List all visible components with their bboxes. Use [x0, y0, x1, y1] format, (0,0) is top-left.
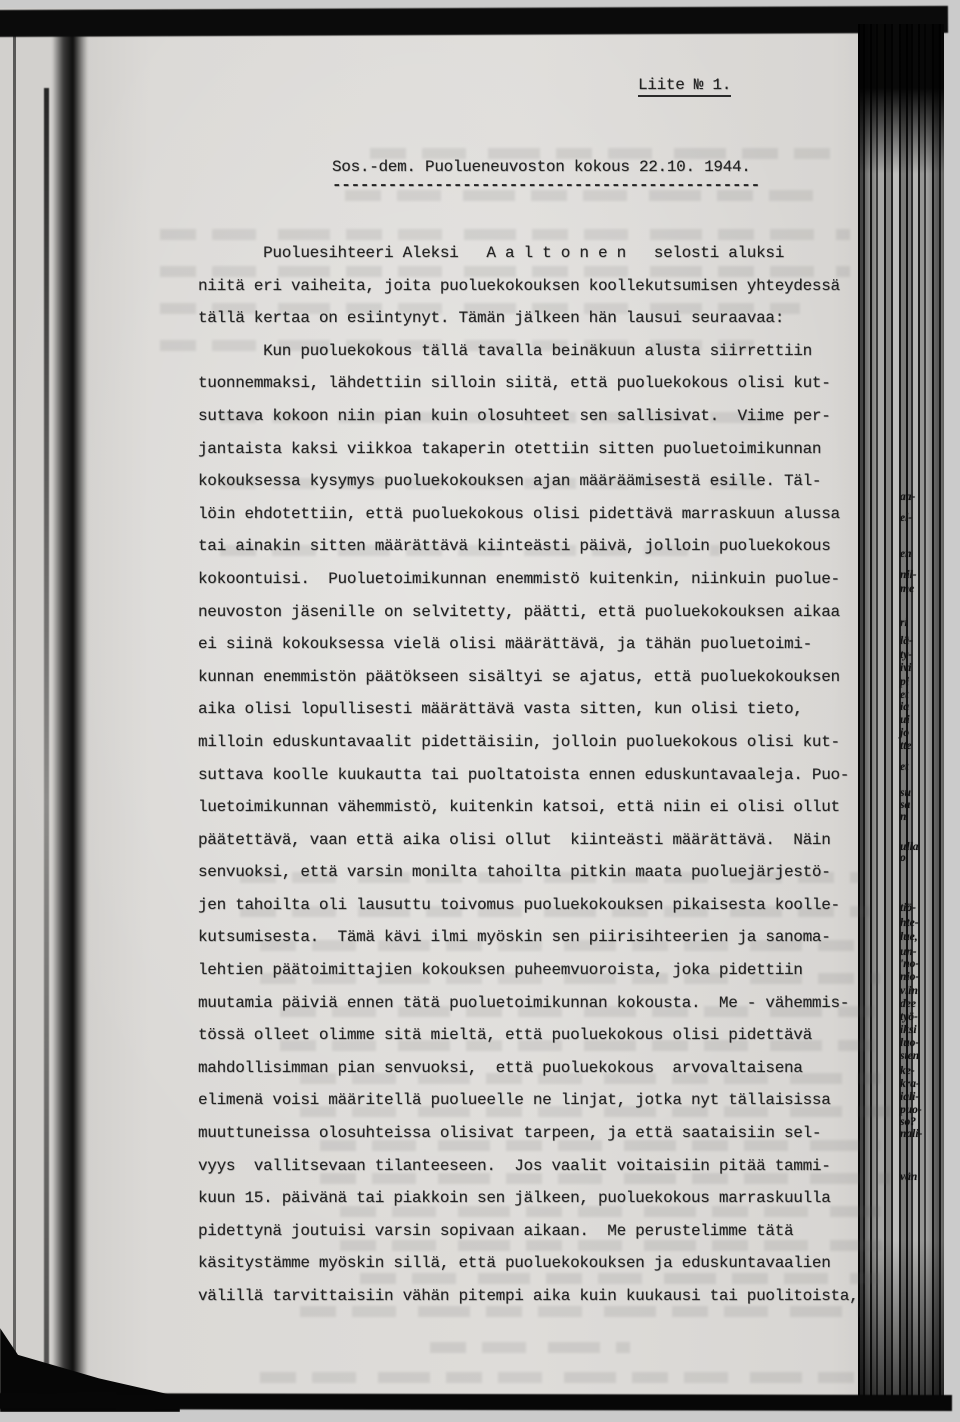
body-line: tössä olleet olimme sitä mieltä, että pu… — [198, 1019, 878, 1052]
edge-fragment: so? — [900, 1117, 916, 1128]
body-line: löin ehdotettiin, että puoluekokous olis… — [198, 498, 878, 531]
edge-fragment: n — [900, 812, 906, 823]
edge-fragment: ui — [900, 715, 910, 726]
scanned-document-page: Liite № 1. Sos.-dem. Puolueneuvoston kok… — [0, 0, 960, 1422]
body-line: Puoluesihteeri Aleksi A a l t o n e n se… — [198, 237, 878, 270]
body-line: aika olisi lopullisesti määrättävä vasta… — [198, 693, 878, 726]
body-line: päätettävä, vaan että aika olisi ollut k… — [198, 824, 878, 857]
edge-fragment: tte — [900, 741, 912, 752]
body-line: kunnan enemmistön päätökseen sisältyi se… — [198, 661, 878, 694]
edge-fragment: su — [900, 788, 911, 799]
body-line: muuttuneissa olosuhteissa olisivat tarpe… — [198, 1117, 878, 1150]
edge-fragment: kra- — [900, 1079, 920, 1090]
body-line: jen tahoilta oli lausuttu toivomus puolu… — [198, 889, 878, 922]
edge-fragment: o. — [900, 853, 909, 864]
body-line: neuvoston jäsenille on selvitetty, päätt… — [198, 596, 878, 629]
edge-fragment: tiö- — [900, 903, 916, 914]
body-text: Puoluesihteeri Aleksi A a l t o n e n se… — [198, 237, 878, 1313]
edge-fragment: sten — [900, 1051, 919, 1062]
body-line: jantaista kaksi viikkoa takaperin otetti… — [198, 433, 878, 466]
edge-fragment: nil- — [900, 570, 917, 581]
edge-fragment: un- — [900, 947, 917, 958]
edge-fragment: jo — [900, 728, 909, 739]
body-line: muutamia päiviä ennen tätä puoluetoimiku… — [198, 987, 878, 1020]
edge-fragment: puo- — [900, 1105, 922, 1116]
edge-fragment: työ- — [900, 1012, 918, 1023]
edge-fragment: me — [900, 584, 914, 595]
edge-fragment: nio- — [900, 972, 919, 983]
body-line: niitä eri vaiheita, joita puoluekokoukse… — [198, 270, 878, 303]
edge-fragment: ty- — [900, 650, 912, 661]
edge-fragment: aa- — [900, 492, 915, 503]
body-line: tuonnemmaksi, lähdettiin silloin siitä, … — [198, 367, 878, 400]
edge-fragment: ri — [900, 618, 908, 629]
body-line: lehtien päätoimittajien kokouksen puheem… — [198, 954, 878, 987]
body-line: vyys vallitsevaan tilanteeseen. Jos vaal… — [198, 1150, 878, 1183]
edge-fragment: nali- — [900, 1129, 922, 1140]
body-line: milloin eduskuntavaalit pidettäisiin, jo… — [198, 726, 878, 759]
edge-fragment: hte- — [900, 918, 919, 929]
edge-fragment: iksi — [900, 1025, 917, 1036]
edge-fragment: iali- — [900, 1092, 919, 1103]
body-line: senvuoksi, että varsin monilta tahoilta … — [198, 856, 878, 889]
body-line: välillä tarvittaisiin vähän pitempi aika… — [198, 1280, 878, 1313]
edge-fragment: viin — [900, 986, 918, 997]
body-line: tai ainakin sitten määrättävä kiinteästi… — [198, 530, 878, 563]
body-line: suttava koolle kuukautta tai puoltatoist… — [198, 759, 878, 792]
body-line: ei siinä kokouksessa vielä olisi määrätt… — [198, 628, 878, 661]
body-line: suttava kokoon niin pian kuin olosuhteet… — [198, 400, 878, 433]
title-underline: ----------------------------------------… — [332, 176, 760, 194]
edge-text-fragments: aa-el-ennil-merilä-ty-ivipietiauijotteet… — [900, 0, 942, 1422]
edge-fragment: ke- — [900, 1066, 915, 1077]
body-line: tällä kertaa on esiintynyt. Tämän jälkee… — [198, 302, 878, 335]
body-line: Kun puoluekokous tällä tavalla beinäkuun… — [198, 335, 878, 368]
body-line: kutsumisesta. Tämä kävi ilmi myöskin sen… — [198, 921, 878, 954]
body-line: kokouksessa kysymys puoluekokouksen ajan… — [198, 465, 878, 498]
edge-fragment: 'no- — [900, 959, 919, 970]
edge-fragment: luo- — [900, 1038, 919, 1049]
body-line: pidettynä joutuisi varsin sopivaan aikaa… — [198, 1215, 878, 1248]
edge-fragment: pi — [900, 677, 909, 688]
edge-fragment: lä- — [900, 636, 913, 647]
edge-fragment: dee — [900, 999, 916, 1010]
edge-fragment: sa — [900, 800, 910, 811]
edge-fragment: vän — [900, 1172, 917, 1183]
body-line: mahdollisimman pian senvuoksi, että puol… — [198, 1052, 878, 1085]
edge-fragment: ia — [900, 702, 909, 713]
body-line: kokoontuisi. Puoluetoimikunnan enemmistö… — [198, 563, 878, 596]
body-line: kuun 15. päivänä tai piakkoin sen jälkee… — [198, 1182, 878, 1215]
edge-fragment: et — [900, 690, 908, 701]
edge-fragment: lue, — [900, 932, 918, 943]
annex-label: Liite № 1. — [638, 76, 731, 97]
edge-fragment: et — [900, 762, 908, 773]
edge-fragment: ivi — [900, 663, 912, 674]
edge-fragment: el- — [900, 513, 912, 524]
body-line: luetoimikunnan vähemmistö, kuitenkin kat… — [198, 791, 878, 824]
page-title: Sos.-dem. Puolueneuvoston kokous 22.10. … — [332, 158, 751, 176]
body-line: käsitystämme myöskin sillä, että puoluek… — [198, 1247, 878, 1280]
body-line: elimenä voisi määritellä puolueelle ne l… — [198, 1084, 878, 1117]
edge-fragment: en — [900, 549, 912, 560]
